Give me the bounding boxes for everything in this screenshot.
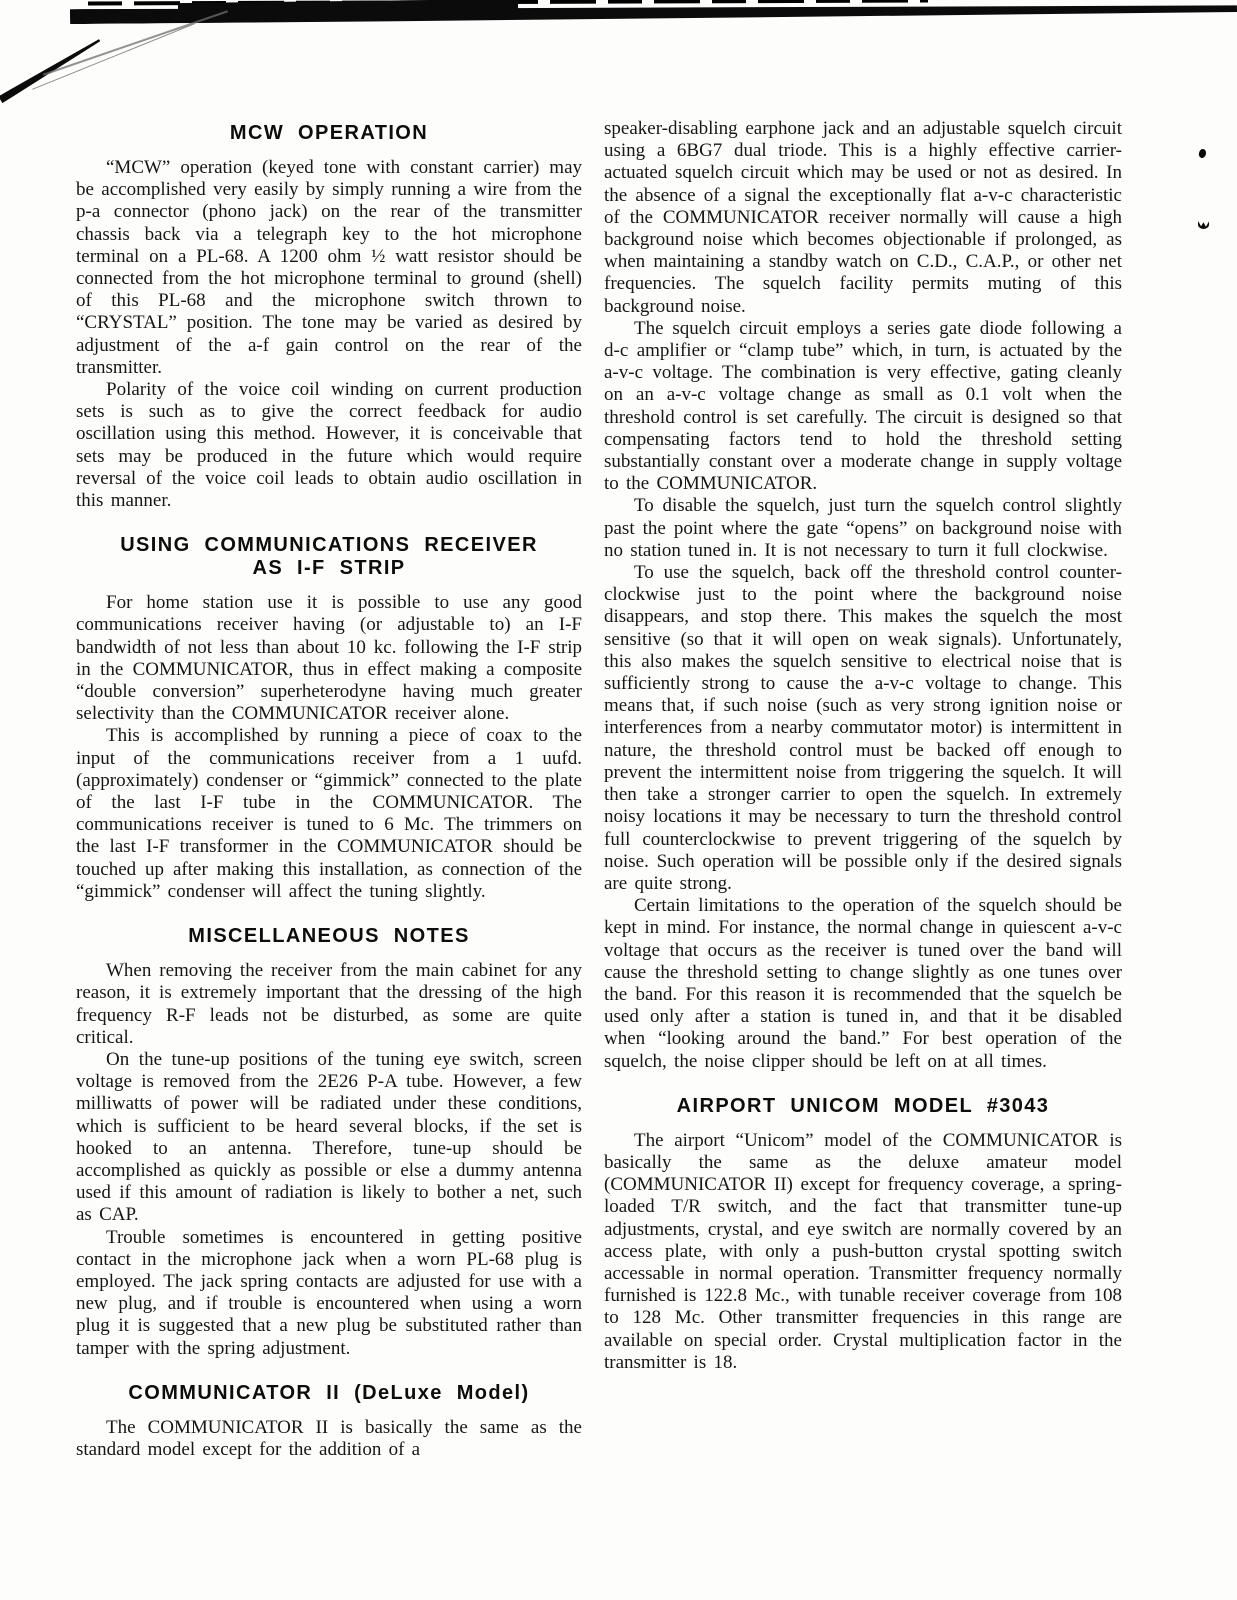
paragraph: To disable the squelch, just turn the sq… [604, 495, 1122, 562]
paragraph: When removing the receiver from the main… [76, 960, 582, 1049]
paragraph: The airport “Unicom” model of the COMMUN… [604, 1130, 1122, 1374]
paragraph: Certain limitations to the operation of … [604, 895, 1122, 1073]
heading-line: AIRPORT UNICOM MODEL #3043 [604, 1095, 1122, 1118]
scanned-manual-page: MCW OPERATION“MCW” operation (keyed tone… [0, 0, 1237, 1600]
paragraph: The COMMUNICATOR II is basically the sam… [76, 1417, 582, 1461]
left-column: MCW OPERATION“MCW” operation (keyed tone… [76, 118, 582, 1461]
paragraph: speaker-disabling earphone jack and an a… [604, 118, 1122, 318]
paragraph: To use the squelch, back off the thresho… [604, 562, 1122, 895]
right-column: speaker-disabling earphone jack and an a… [604, 118, 1122, 1374]
heading-line: AS I-F STRIP [76, 557, 582, 580]
paragraph: “MCW” operation (keyed tone with constan… [76, 157, 582, 379]
paragraph: For home station use it is possible to u… [76, 592, 582, 725]
heading-line: COMMUNICATOR II (DeLuxe Model) [76, 1382, 582, 1405]
section-heading: AIRPORT UNICOM MODEL #3043 [604, 1095, 1122, 1118]
section-heading: MISCELLANEOUS NOTES [76, 925, 582, 948]
section-heading: MCW OPERATION [76, 122, 582, 145]
ink-speck [1198, 148, 1207, 159]
heading-line: USING COMMUNICATIONS RECEIVER [76, 534, 582, 557]
paragraph: This is accomplished by running a piece … [76, 725, 582, 903]
paragraph: Polarity of the voice coil winding on cu… [76, 379, 582, 512]
section-heading: COMMUNICATOR II (DeLuxe Model) [76, 1382, 582, 1405]
ink-speck [1198, 220, 1209, 229]
paragraph: The squelch circuit employs a series gat… [604, 318, 1122, 496]
heading-line: MISCELLANEOUS NOTES [76, 925, 582, 948]
scan-artifact-hairline [32, 23, 195, 89]
heading-line: MCW OPERATION [76, 122, 582, 145]
paragraph: Trouble sometimes is encountered in gett… [76, 1227, 582, 1360]
paragraph: On the tune-up positions of the tuning e… [76, 1049, 582, 1227]
section-heading: USING COMMUNICATIONS RECEIVERAS I-F STRI… [76, 534, 582, 580]
